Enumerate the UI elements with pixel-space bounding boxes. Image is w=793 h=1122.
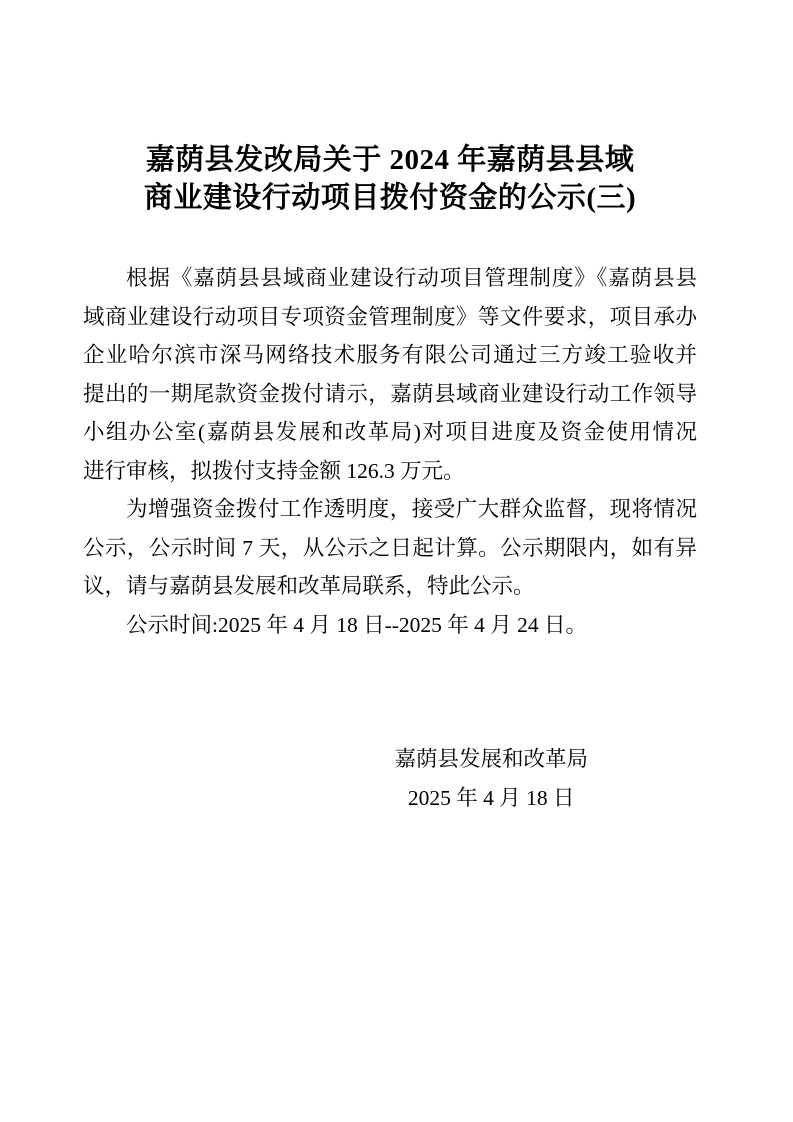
body-text-line: 公示，公示时间 7 天，从公示之日起计算。公示期限内，如有异 [83,529,697,568]
document-body: 根据《嘉荫县县域商业建设行动项目管理制度》《嘉荫县县 域商业建设行动项目专项资金… [83,259,697,817]
paragraph-basis-and-amount: 根据《嘉荫县县域商业建设行动项目管理制度》《嘉荫县县 域商业建设行动项目专项资金… [83,259,697,490]
document-page: 嘉荫县发改局关于 2024 年嘉荫县县域 商业建设行动项目拨付资金的公示(三) … [0,0,793,1122]
body-text-line: 企业哈尔滨市深马网络技术服务有限公司通过三方竣工验收并 [83,336,697,375]
document-title: 嘉荫县发改局关于 2024 年嘉荫县县域 商业建设行动项目拨付资金的公示(三) [83,0,697,217]
body-text-line: 域商业建设行动项目专项资金管理制度》等文件要求，项目承办 [83,298,697,337]
body-text-line: 议，请与嘉荫县发展和改革局联系，特此公示。 [83,567,697,606]
title-line-2: 商业建设行动项目拨付资金的公示(三) [83,179,697,217]
body-text-line: 小组办公室(嘉荫县发展和改革局)对项目进度及资金使用情况 [83,413,697,452]
title-line-1: 嘉荫县发改局关于 2024 年嘉荫县县域 [83,141,697,179]
paragraph-publicity-period: 公示时间:2025 年 4 月 18 日--2025 年 4 月 24 日。 [83,606,697,645]
body-text-line: 进行审核，拟拨付支持金额 126.3 万元。 [83,452,697,491]
signature-org: 嘉荫县发展和改革局 [394,740,588,779]
signature-date: 2025 年 4 月 18 日 [394,779,588,818]
body-text-line: 根据《嘉荫县县域商业建设行动项目管理制度》《嘉荫县县 [83,259,697,298]
signature-block: 嘉荫县发展和改革局 2025 年 4 月 18 日 [394,740,588,817]
body-text-line: 为增强资金拨付工作透明度，接受广大群众监督，现将情况 [83,490,697,529]
body-text-line: 提出的一期尾款资金拨付请示，嘉荫县域商业建设行动工作领导 [83,375,697,414]
publicity-period-line: 公示时间:2025 年 4 月 18 日--2025 年 4 月 24 日。 [83,606,697,645]
paragraph-publicity-notice: 为增强资金拨付工作透明度，接受广大群众监督，现将情况 公示，公示时间 7 天，从… [83,490,697,606]
